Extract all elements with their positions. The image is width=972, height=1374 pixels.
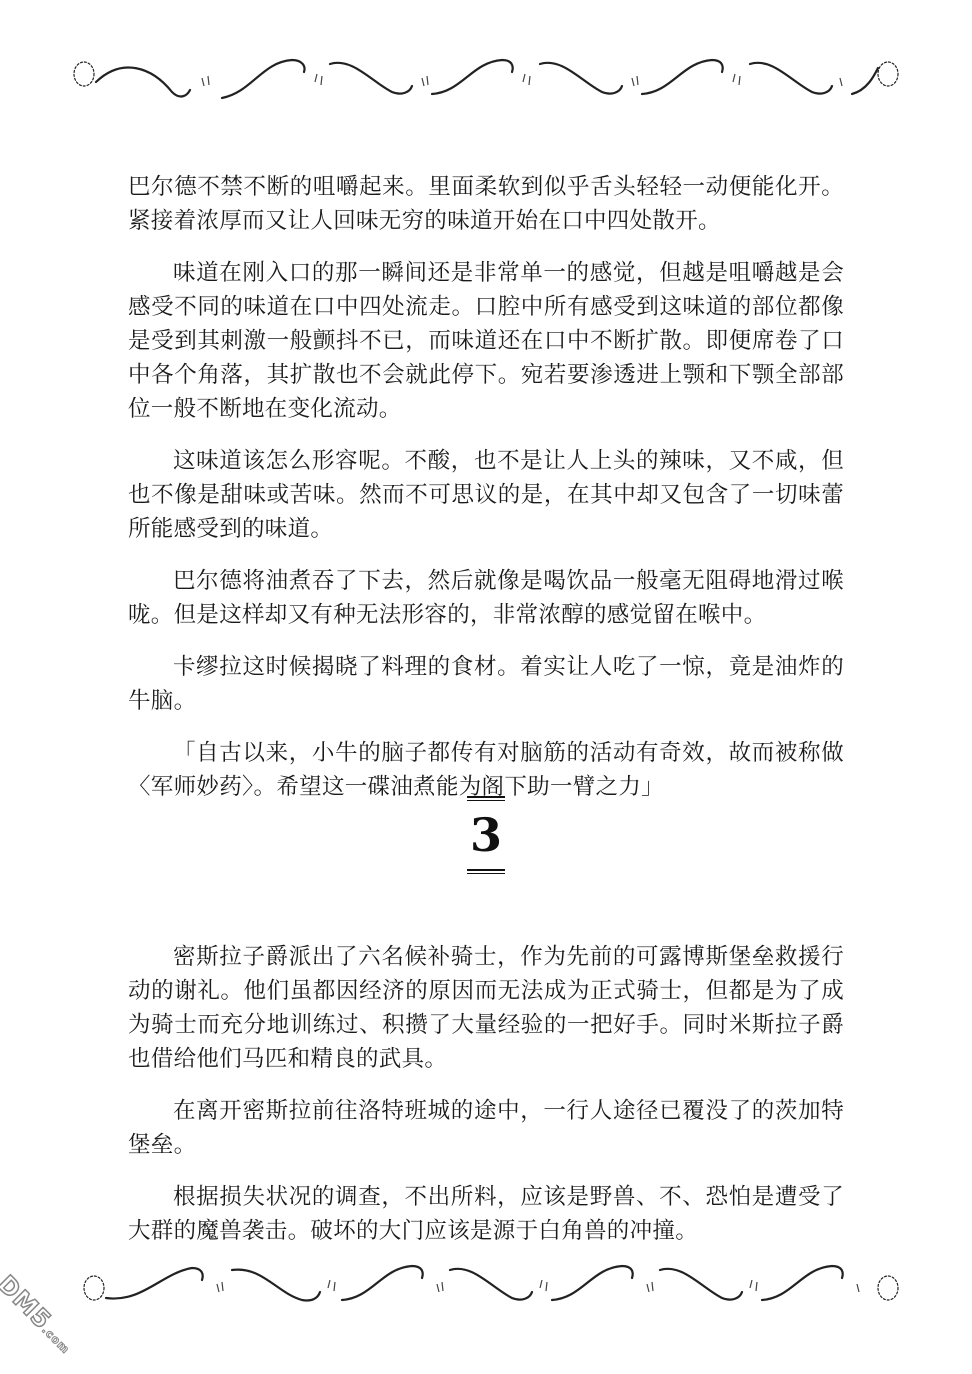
text-block-lower: 密斯拉子爵派出了六名候补骑士，作为先前的可露博斯堡垒救援行动的谢礼。他们虽都因经… (128, 940, 844, 1248)
ornamental-border-bottom (62, 1258, 910, 1318)
paragraph: 卡缪拉这时候揭晓了料理的食材。着实让人吃了一惊，竟是油炸的牛脑。 (128, 650, 844, 718)
paragraph: 巴尔德将油煮吞了下去，然后就像是喝饮品一般毫无阻碍地滑过喉咙。但是这样却又有种无… (128, 564, 844, 632)
chapter-number: 3 (456, 801, 516, 869)
dialogue-paragraph: 「自古以来，小牛的脑子都传有对脑筋的活动有奇效，故而被称做〈军师妙药〉。希望这一… (128, 736, 844, 804)
paragraph: 在离开密斯拉前往洛特班城的途中，一行人途径已覆没了的茨加特堡垒。 (128, 1094, 844, 1162)
chapter-rule-bottom (467, 869, 505, 874)
ornamental-border-top (62, 52, 910, 112)
watermark-suffix: .com (39, 1323, 72, 1356)
paragraph: 根据损失状况的调查，不出所料，应该是野兽、不、恐怕是遭受了大群的魔兽袭击。破坏的… (128, 1180, 844, 1248)
paragraph: 这味道该怎么形容呢。不酸，也不是让人上头的辣味，又不咸，但也不像是甜味或苦味。然… (128, 444, 844, 546)
chapter-heading: 3 (456, 796, 516, 874)
paragraph: 味道在刚入口的那一瞬间还是非常单一的感觉，但越是咀嚼越是会感受不同的味道在口中四… (128, 256, 844, 426)
paragraph: 密斯拉子爵派出了六名候补骑士，作为先前的可露博斯堡垒救援行动的谢礼。他们虽都因经… (128, 940, 844, 1076)
text-block-upper: 巴尔德不禁不断的咀嚼起来。里面柔软到似乎舌头轻轻一动便能化开。紧接着浓厚而又让人… (128, 170, 844, 804)
paragraph: 巴尔德不禁不断的咀嚼起来。里面柔软到似乎舌头轻轻一动便能化开。紧接着浓厚而又让人… (128, 170, 844, 238)
